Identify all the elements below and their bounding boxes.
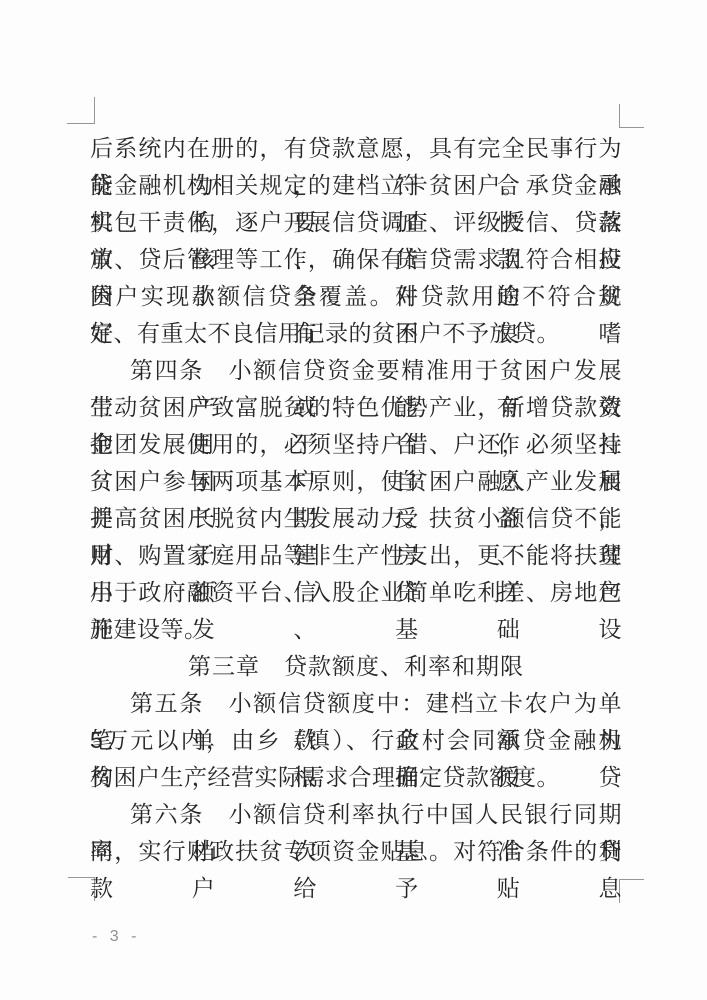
chapter-heading: 第三章 贷款额度、利率和期限 [90, 648, 622, 685]
text-line: 贷金融机构相关规定的建档立卡贫困户。承贷金融机构要加快落 [90, 167, 622, 204]
page-number: - 3 - [92, 926, 140, 948]
crop-mark-bottom-right-icon [619, 879, 644, 903]
crop-mark-top-right-icon [619, 104, 644, 128]
document-page: 后系统内在册的，有贷款意愿，具有完全民事行为能力，符合承贷金融机构相关规定的建档… [0, 0, 707, 1000]
text-line: 提高贫困户脱贫内生发展动力。扶贫小额信贷不能用于建房、理 [90, 500, 622, 537]
text-line: 后系统内在册的，有贷款意愿，具有完全民事行为能力，符合承 [90, 130, 622, 167]
crop-mark-top-left-icon [67, 97, 95, 124]
text-line: 用于政府融资平台、入股企业简单吃利差、房地产开发、基础设 [90, 574, 622, 611]
text-line: 困户实现小额信贷全覆盖。对贷款用途不符合规定、有不良嗜 [90, 278, 622, 315]
text-line: 第五条 小额信贷额度中：建档立卡农户为单笔单款金额为 [90, 685, 622, 722]
text-line: 抱团发展使用的，必须坚持户借、户还，必须坚持贫困户自愿和 [90, 426, 622, 463]
text-line: 实包干责任，逐户开展信贷调查、评级授信、贷款审核、贷款投 [90, 204, 622, 241]
document-text: 后系统内在册的，有贷款意愿，具有完全民事行为能力，符合承贷金融机构相关规定的建档… [90, 130, 622, 870]
text-line: 5万元以内，由乡（镇）、行政村会同承贷金融机构，根据授贷 [90, 722, 622, 759]
text-line: 带动贫困户致富脱贫的特色优势产业，新增贷款资金用于合作社 [90, 389, 622, 426]
text-line: 第六条 小额信贷利率执行中国人民银行同期同档次基准利 [90, 796, 622, 833]
text-line: 率，实行财政扶贫专项资金贴息。对符合条件的贷款户给予贴息 [90, 833, 622, 870]
text-line: 放、贷后管理等工作，确保有信贷需求且符合相应贷款条件的贫 [90, 241, 622, 278]
text-line: 财、购置家庭用品等非生产性支出，更不能将扶贫小额信贷打包 [90, 537, 622, 574]
text-line: 贫困户生产经营实际需求合理确定贷款额度。 [90, 759, 622, 796]
text-line: 好、有重大不良信用记录的贫困户不予放贷。 [90, 315, 622, 352]
text-line: 贫困户参与两项基本原则，使贫困户融入产业发展并长期受益， [90, 463, 622, 500]
text-line: 第四条 小额信贷资金要精准用于贫困户发展生产或能有效 [90, 352, 622, 389]
